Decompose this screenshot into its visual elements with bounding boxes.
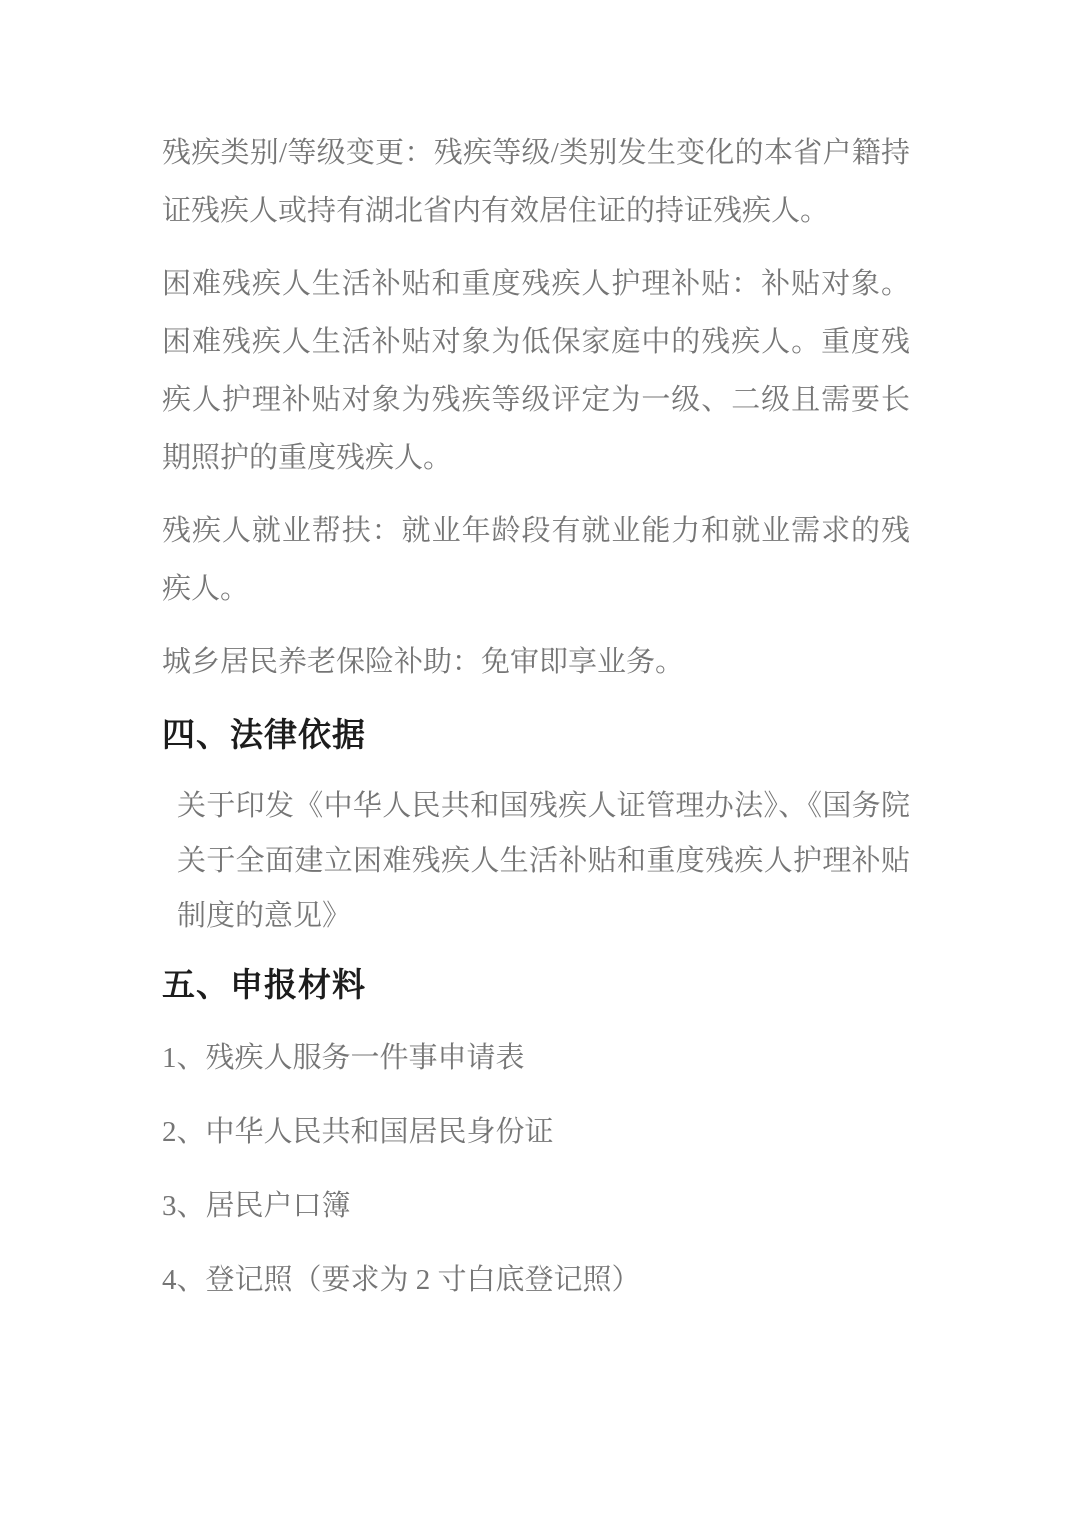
material-item-registration-photo: 4、登记照（要求为 2 寸白底登记照） (162, 1251, 910, 1309)
document-page: 残疾类别/等级变更：残疾等级/类别发生变化的本省户籍持证残疾人或持有湖北省内有效… (0, 0, 1074, 1520)
material-item-household-register: 3、居民户口簿 (162, 1177, 910, 1235)
document-content: 残疾类别/等级变更：残疾等级/类别发生变化的本省户籍持证残疾人或持有湖北省内有效… (162, 124, 910, 1325)
paragraph-disability-category-change: 残疾类别/等级变更：残疾等级/类别发生变化的本省户籍持证残疾人或持有湖北省内有效… (162, 124, 910, 240)
heading-legal-basis: 四、法律依据 (162, 706, 910, 764)
paragraph-legal-basis: 关于印发《中华人民共和国残疾人证管理办法》、《国务院关于全面建立困难残疾人生活补… (162, 779, 910, 944)
material-item-id-card: 2、中华人民共和国居民身份证 (162, 1103, 910, 1161)
material-item-application-form: 1、残疾人服务一件事申请表 (162, 1029, 910, 1087)
paragraph-pension-subsidy: 城乡居民养老保险补助：免审即享业务。 (162, 633, 910, 691)
paragraph-subsidy-targets: 困难残疾人生活补贴和重度残疾人护理补贴：补贴对象。困难残疾人生活补贴对象为低保家… (162, 255, 910, 487)
paragraph-employment-support: 残疾人就业帮扶：就业年龄段有就业能力和就业需求的残疾人。 (162, 502, 910, 618)
heading-application-materials: 五、申报材料 (162, 956, 910, 1014)
